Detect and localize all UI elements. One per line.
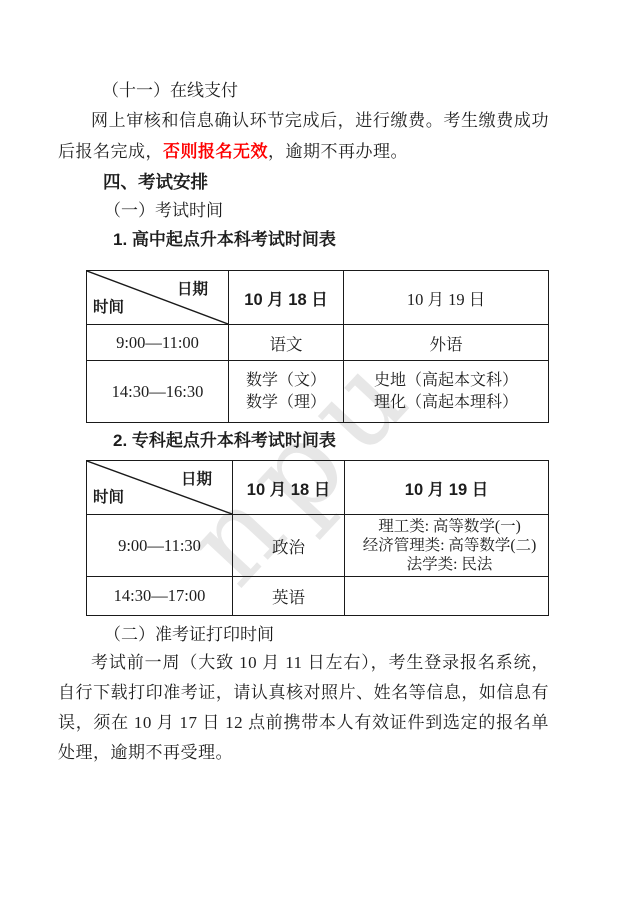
empty-cell	[345, 577, 549, 616]
table2-col-header-oct19: 10 月 19 日	[345, 461, 549, 515]
corner-box: 日期 时间	[87, 461, 232, 514]
table2-col-header-oct18: 10 月 18 日	[233, 461, 345, 515]
subject-line: 数学（理）	[229, 392, 343, 414]
time-cell: 14:30—16:30	[87, 361, 229, 423]
subject-cell: 外语	[344, 325, 549, 361]
table1-col-header-oct18: 10 月 18 日	[229, 271, 344, 325]
table1-corner-cell: 日期 时间	[87, 271, 229, 325]
table2-title: 2. 专科起点升本科考试时间表	[58, 429, 336, 453]
subject-cell: 政治	[233, 515, 345, 577]
subject-line: 理化（高起本理科）	[344, 392, 548, 414]
table2-row-morning: 9:00—11:30 政治 理工类: 高等数学(一) 经济管理类: 高等数学(二…	[87, 515, 549, 577]
ticket-print-paragraph: 考试前一周（大致 10 月 11 日左右），考生登录报名系统，自行下载打印准考证…	[58, 648, 549, 768]
heading-online-payment: （十一）在线支付	[58, 80, 238, 102]
subject-cell: 数学（文） 数学（理）	[229, 361, 344, 423]
time-cell: 9:00—11:30	[87, 515, 233, 577]
subject-cell: 史地（高起本文科） 理化（高起本理科）	[344, 361, 549, 423]
payment-paragraph: 网上审核和信息确认环节完成后，进行缴费。考生缴费成功后报名完成，否则报名无效，逾…	[58, 105, 549, 167]
subject-cell: 英语	[233, 577, 345, 616]
table2-corner-cell: 日期 时间	[87, 461, 233, 515]
college-to-bachelor-schedule-table: 日期 时间 10 月 18 日 10 月 19 日 9:00—11:30 政治 …	[86, 460, 549, 616]
time-corner-label: 时间	[93, 295, 124, 317]
payment-invalid-warning: 否则报名无效	[163, 142, 268, 161]
corner-box: 日期 时间	[87, 271, 228, 324]
table2-header-row: 日期 时间 10 月 18 日 10 月 19 日	[87, 461, 549, 515]
subject-line: 史地（高起本文科）	[344, 370, 548, 392]
payment-paragraph-part2: ，逾期不再办理。	[268, 142, 408, 161]
time-corner-label: 时间	[93, 485, 124, 507]
category-line: 经济管理类: 高等数学(二)	[345, 536, 548, 555]
time-cell: 14:30—17:00	[87, 577, 233, 616]
table1-title: 1. 高中起点升本科考试时间表	[58, 228, 336, 252]
heading-ticket-print-time: （二）准考证打印时间	[58, 624, 274, 646]
highschool-to-bachelor-schedule-table: 日期 时间 10 月 18 日 10 月 19 日 9:00—11:00 语文 …	[86, 270, 549, 423]
time-cell: 9:00—11:00	[87, 325, 229, 361]
date-corner-label: 日期	[177, 277, 208, 299]
date-corner-label: 日期	[181, 467, 212, 489]
category-line: 理工类: 高等数学(一)	[345, 517, 548, 536]
table1-row-afternoon: 14:30—16:30 数学（文） 数学（理） 史地（高起本文科） 理化（高起本…	[87, 361, 549, 423]
table1-row-morning: 9:00—11:00 语文 外语	[87, 325, 549, 361]
table2-row-afternoon: 14:30—17:00 英语	[87, 577, 549, 616]
subject-line: 数学（文）	[229, 370, 343, 392]
document-page: npu （十一）在线支付 网上审核和信息确认环节完成后，进行缴费。考生缴费成功后…	[0, 0, 633, 900]
subject-cell: 语文	[229, 325, 344, 361]
heading-exam-arrangement: 四、考试安排	[58, 170, 208, 194]
table1-col-header-oct19: 10 月 19 日	[344, 271, 549, 325]
heading-exam-time: （一）考试时间	[58, 200, 223, 222]
subject-category-cell: 理工类: 高等数学(一) 经济管理类: 高等数学(二) 法学类: 民法	[345, 515, 549, 577]
category-line: 法学类: 民法	[345, 555, 548, 574]
table1-header-row: 日期 时间 10 月 18 日 10 月 19 日	[87, 271, 549, 325]
